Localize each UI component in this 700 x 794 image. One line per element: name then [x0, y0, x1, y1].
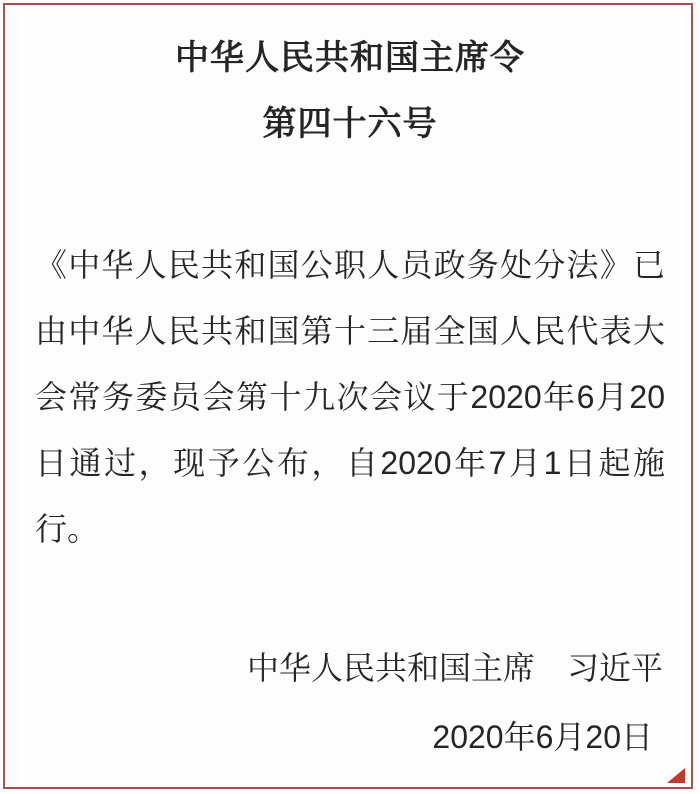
signature-block: 中华人民共和国主席 习近平 2020年6月20日 [35, 634, 665, 772]
date-line: 2020年6月20日 [35, 703, 665, 772]
corner-triangle-icon [667, 768, 685, 783]
decree-body-line: 《中华人民共和国公职人员政务处分法》已 [35, 232, 665, 298]
decree-number: 第四十六号 [35, 106, 665, 142]
decree-document: 中华人民共和国主席令 第四十六号 《中华人民共和国公职人员政务处分法》已 由中华… [0, 0, 700, 794]
decree-body-line: 行。 [35, 496, 665, 562]
decree-body-line: 会常务委员会第十九次会议于2020年6月20 [35, 364, 665, 430]
decree-body-line: 日通过，现予公布，自2020年7月1日起施 [35, 430, 665, 496]
signature-line: 中华人民共和国主席 习近平 [35, 634, 665, 703]
decree-body-line: 由中华人民共和国第十三届全国人民代表大 [35, 298, 665, 364]
decree-title: 中华人民共和国主席令 [35, 40, 665, 76]
document-content: 中华人民共和国主席令 第四十六号 《中华人民共和国公职人员政务处分法》已 由中华… [35, 0, 665, 772]
decree-body: 《中华人民共和国公职人员政务处分法》已 由中华人民共和国第十三届全国人民代表大 … [35, 232, 665, 562]
